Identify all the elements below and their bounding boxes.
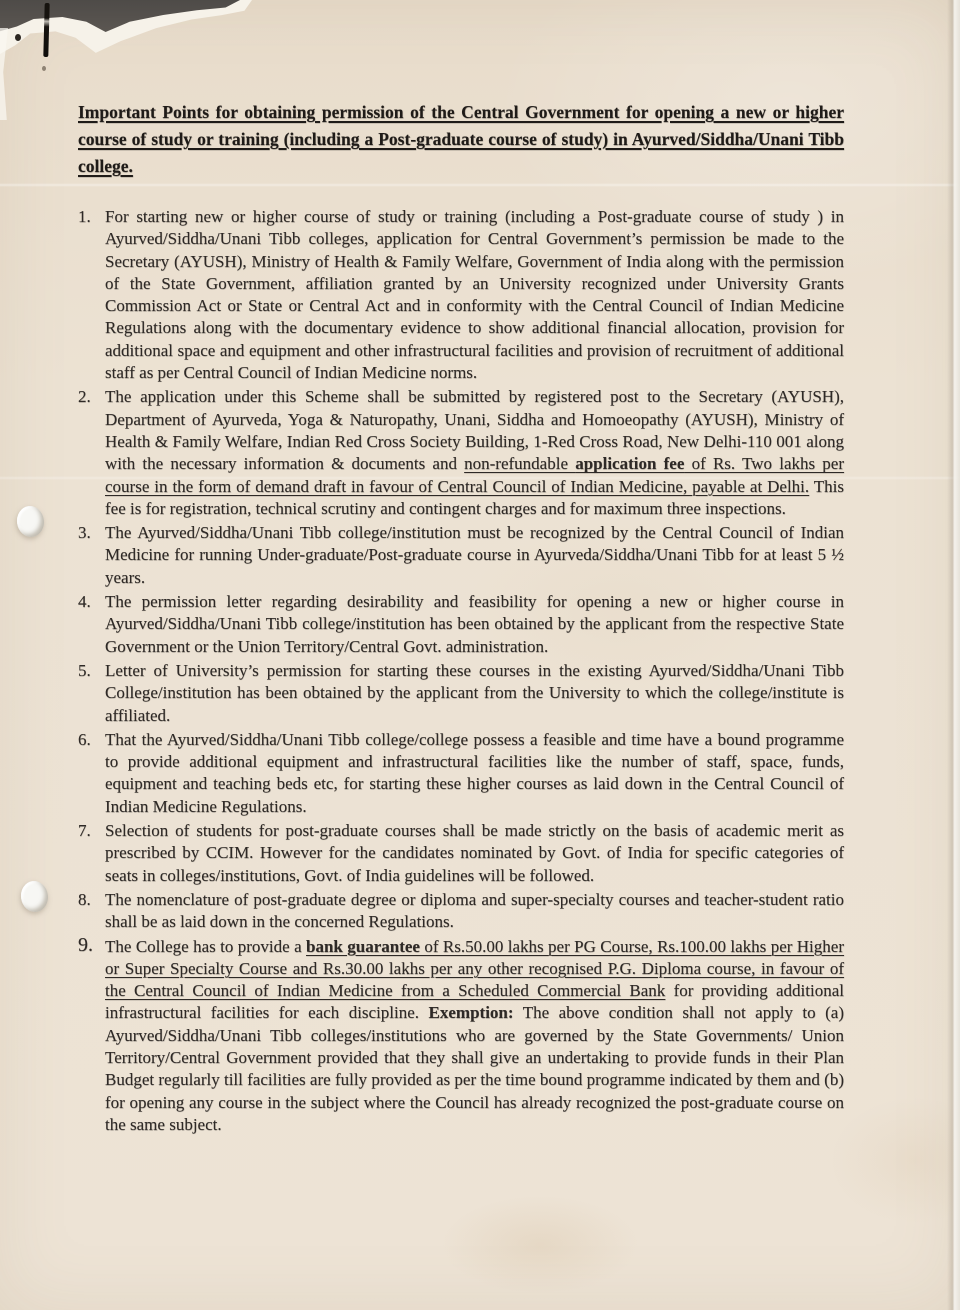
- item-text: The College has to provide a bank guaran…: [105, 937, 844, 1134]
- item-text: The permission letter regarding desirabi…: [105, 592, 844, 656]
- scanned-document-page: Important Points for obtaining permissio…: [0, 0, 960, 1310]
- page-right-edge: [947, 0, 960, 1310]
- item-number: 8.: [78, 889, 91, 911]
- punch-hole-top: [15, 504, 46, 538]
- item-number: 4.: [78, 591, 91, 613]
- list-item: 6.That the Ayurved/Siddha/Unani Tibb col…: [78, 729, 844, 818]
- points-list: 1.For starting new or higher course of s…: [78, 206, 844, 1136]
- list-item: 7.Selection of students for post-graduat…: [78, 820, 844, 887]
- item-text: The application under this Scheme shall …: [105, 387, 844, 517]
- item-number: 9.: [78, 934, 93, 956]
- list-item: 9.The College has to provide a bank guar…: [78, 936, 844, 1137]
- list-item: 3.The Ayurved/Siddha/Unani Tibb college/…: [78, 522, 844, 589]
- item-number: 6.: [78, 729, 91, 751]
- item-number: 1.: [78, 206, 91, 228]
- list-item: 2.The application under this Scheme shal…: [78, 386, 844, 520]
- item-text: That the Ayurved/Siddha/Unani Tibb colle…: [105, 730, 844, 816]
- list-item: 8.The nomenclature of post-graduate degr…: [78, 889, 844, 934]
- item-text: The nomenclature of post-graduate degree…: [105, 890, 844, 931]
- item-text: For starting new or higher course of stu…: [105, 207, 844, 382]
- ink-speck: [15, 34, 21, 41]
- item-text: The Ayurved/Siddha/Unani Tibb college/in…: [105, 523, 844, 587]
- punch-hole-bottom: [19, 879, 50, 913]
- list-item: 1.For starting new or higher course of s…: [78, 206, 844, 384]
- item-text: Selection of students for post-graduate …: [105, 821, 844, 885]
- staple-mark: [43, 3, 49, 57]
- document-heading: Important Points for obtaining permissio…: [78, 99, 844, 180]
- ink-speck: [42, 66, 46, 71]
- item-number: 3.: [78, 522, 91, 544]
- item-text: Letter of University’s permission for st…: [105, 661, 844, 725]
- item-number: 5.: [78, 660, 91, 682]
- list-item: 4.The permission letter regarding desira…: [78, 591, 844, 658]
- item-number: 2.: [78, 386, 91, 408]
- item-number: 7.: [78, 820, 91, 842]
- document-content: Important Points for obtaining permissio…: [78, 99, 844, 1138]
- list-item: 5.Letter of University’s permission for …: [78, 660, 844, 727]
